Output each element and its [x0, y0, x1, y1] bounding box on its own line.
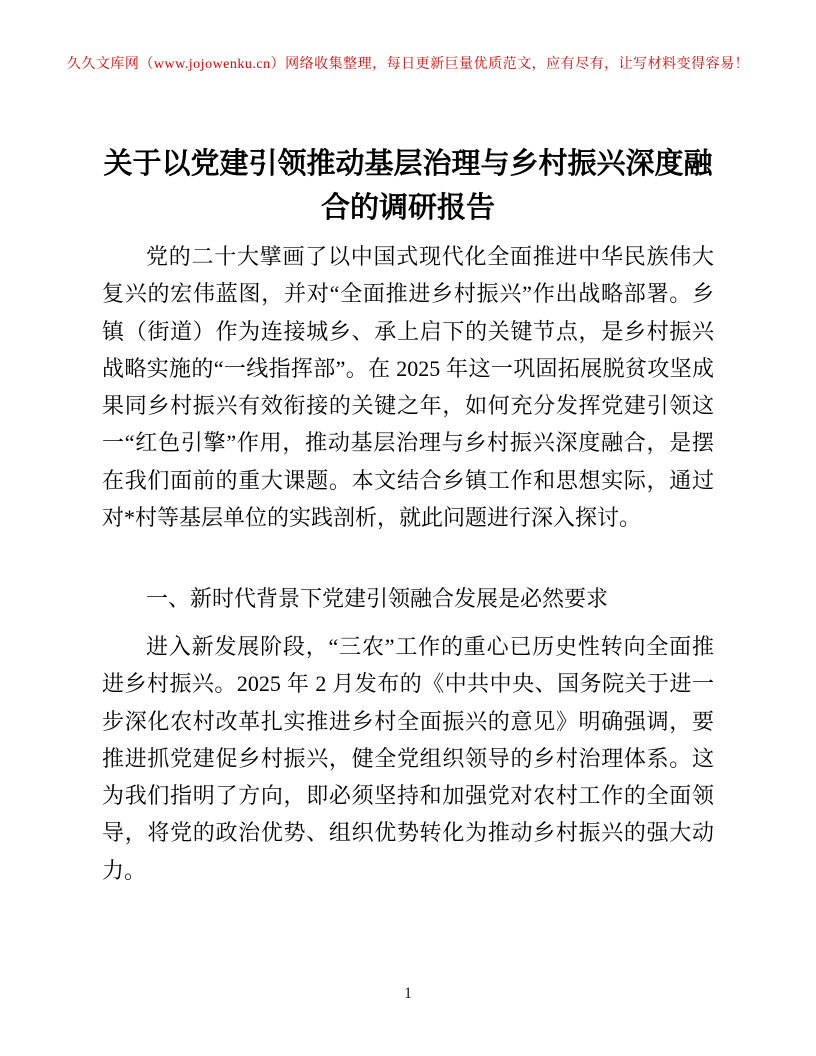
body-paragraph-1: 党的二十大擘画了以中国式现代化全面推进中华民族伟大复兴的宏伟蓝图，并对“全面推进… — [102, 238, 714, 536]
document-page: 久久文库网（www.jojowenku.cn）网络收集整理，每日更新巨量优质范文… — [0, 0, 816, 1056]
document-title: 关于以党建引领推动基层治理与乡村振兴深度融合的调研报告 — [0, 142, 816, 230]
page-number: 1 — [0, 984, 816, 1004]
section-heading-1: 一、新时代背景下党建引领融合发展是必然要求 — [102, 580, 714, 617]
site-watermark-header: 久久文库网（www.jojowenku.cn）网络收集整理，每日更新巨量优质范文… — [0, 56, 816, 73]
body-paragraph-2: 进入新发展阶段，“三农”工作的重心已历史性转向全面推进乡村振兴。2025 年 2… — [102, 628, 714, 889]
